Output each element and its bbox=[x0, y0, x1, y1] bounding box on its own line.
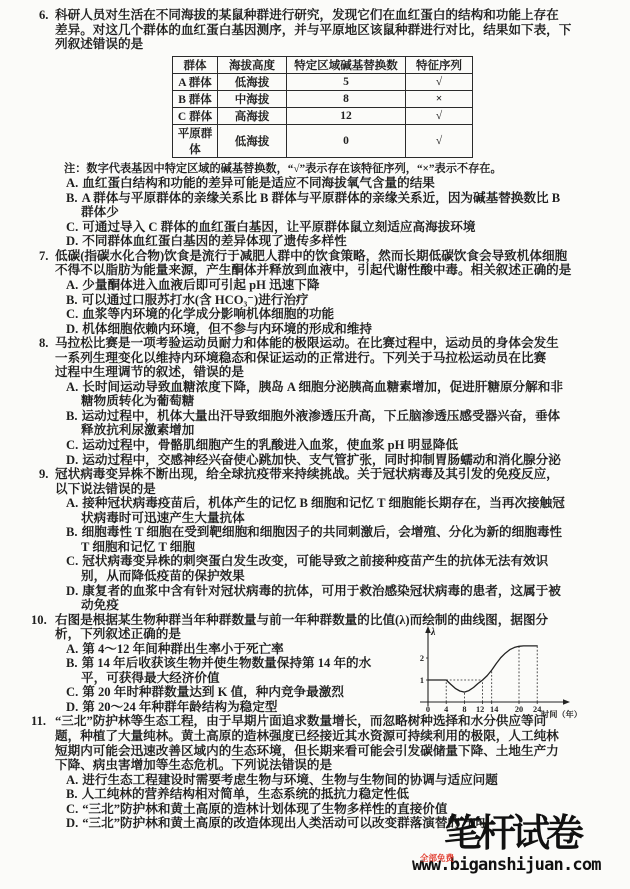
stem-line: 以下说法错误的是 bbox=[0, 482, 630, 497]
option-label: B. bbox=[66, 656, 78, 670]
table-header-row: 群体 海拔高度 特定区域碱基替换数 特征序列 bbox=[173, 56, 473, 73]
cell: 高海拔 bbox=[218, 107, 287, 124]
cell: A 群体 bbox=[173, 73, 218, 90]
hemoglobin-comparison-table: 群体 海拔高度 特定区域碱基替换数 特征序列 A 群体 低海拔 5 √ B 群体… bbox=[172, 56, 473, 158]
option-label: A. bbox=[66, 496, 78, 510]
cell: C 群体 bbox=[173, 107, 218, 124]
option-line: A.血红蛋白结构和功能的差异可能是适应不同海拔氧气含量的结果 bbox=[0, 176, 630, 191]
cross-cell: × bbox=[406, 90, 473, 107]
table-row: A 群体 低海拔 5 √ bbox=[173, 73, 473, 90]
stem-line: 差异。对这几个群体的血红蛋白基因测序，并与平原地区该鼠种群进行对比，结果如下表，… bbox=[0, 23, 630, 38]
checkmark-cell: √ bbox=[406, 124, 473, 157]
stem-line: 不得不以脂肪为能量来源，产生酮体并释放到血液中，引起代谢性酸中毒。相关叙述正确的… bbox=[0, 263, 630, 278]
option-text: 第 14 年后收获该生物并使生物数量保持第 14 年的水 bbox=[82, 656, 372, 670]
option-text: 运动过程中，骨骼肌细胞产生的乳酸进入血浆，使血浆 pH 明显降低 bbox=[82, 438, 458, 452]
option-label: C. bbox=[66, 220, 78, 234]
option-line: C.可通过导入 C 群体的血红蛋白基因，让平原群体鼠立刻适应高海拔环境 bbox=[0, 220, 630, 235]
option-line: B.A 群体与平原群体的亲缘关系比 B 群体与平原群体的亲缘关系近，因为碱基替换… bbox=[0, 191, 630, 206]
option-label: D. bbox=[66, 453, 78, 467]
stem-text: 马拉松比赛是一项考验运动员耐力和体能的极限运动。在比赛过程中，运动员的身体会发生 bbox=[55, 336, 559, 350]
option-line: D.康复者的血浆中含有针对冠状病毒的抗体，可用于救治感染冠状病毒的患者，这属于被 bbox=[0, 584, 630, 599]
option-label: A. bbox=[66, 642, 78, 656]
svg-text:14: 14 bbox=[490, 705, 498, 714]
option-text: 可通过导入 C 群体的血红蛋白基因，让平原群体鼠立刻适应高海拔环境 bbox=[82, 220, 475, 234]
stem-text: 低碳(指碳水化合物)饮食是流行于减肥人群中的饮食策略，然而长期低碳饮食会导致机体… bbox=[55, 249, 567, 263]
option-label: A. bbox=[66, 176, 78, 190]
option-wrap-line: T 细胞和记忆 T 细胞 bbox=[0, 540, 630, 555]
option-label: A. bbox=[66, 278, 78, 292]
option-text: 第 20～24 年种群年龄结构为稳定型 bbox=[82, 700, 277, 714]
stem-line: 11. “三北”防护林等生态工程，由于早期片面追求数量增长，而忽略树种选择和水分… bbox=[0, 714, 630, 729]
cell: 12 bbox=[287, 107, 406, 124]
table-row: C 群体 高海拔 12 √ bbox=[173, 107, 473, 124]
cell: 低海拔 bbox=[218, 124, 287, 157]
free-badge: 全部免费 bbox=[420, 852, 454, 864]
option-text: 机体细胞依赖内环境，但不参与内环境的形成和维持 bbox=[82, 322, 372, 336]
option-line: B.人工纯林的营养结构相对简单，生态系统的抵抗力稳定性低 bbox=[0, 787, 630, 802]
table-row: 平原群体 低海拔 0 √ bbox=[173, 124, 473, 157]
col-header: 海拔高度 bbox=[218, 56, 287, 73]
option-label: B. bbox=[66, 191, 78, 205]
option-label: C. bbox=[66, 438, 78, 452]
option-text: 第 20 年时种群数量达到 K 值，种内竞争最激烈 bbox=[82, 685, 344, 699]
biganshijuan-watermark: 全部免费 笔杆试卷 www.biganshijuan.com bbox=[412, 812, 622, 875]
option-wrap-line: 状病毒时可迅速产生大量抗体 bbox=[0, 511, 630, 526]
option-label: D. bbox=[66, 322, 78, 336]
option-wrap-line: 别，从而降低疫苗的保护效果 bbox=[0, 569, 630, 584]
svg-text:0: 0 bbox=[426, 705, 430, 714]
option-text: “三北”防护林和黄土高原的造林计划体现了生物多样性的直接价值 bbox=[82, 802, 447, 816]
option-text: 运动过程中，交感神经兴奋使心跳加快、支气管扩张，同时抑制胃肠蠕动和消化腺分泌 bbox=[82, 453, 561, 467]
cell: 0 bbox=[287, 124, 406, 157]
table-note: 注：数字代表基因中特定区域的碱基替换数，“√”表示存在该特征序列，“×”表示不存… bbox=[0, 162, 630, 177]
col-header: 特定区域碱基替换数 bbox=[287, 56, 406, 73]
option-text: 康复者的血浆中含有针对冠状病毒的抗体，可用于救治感染冠状病毒的患者，这属于被 bbox=[82, 584, 561, 598]
stem-line: 一系列生理变化以维持内环境稳态和保证运动的正常进行。下列关于马拉松运动员在比赛 bbox=[0, 351, 630, 366]
option-wrap-line: 糖物质转化为葡萄糖 bbox=[0, 394, 630, 409]
option-text: 第 4～12 年间种群出生率小于死亡率 bbox=[82, 642, 284, 656]
stem-line: 6. 科研人员对生活在不同海拔的某鼠种群进行研究，发现它们在血红蛋白的结构和功能… bbox=[0, 8, 630, 23]
svg-text:λ: λ bbox=[430, 627, 436, 638]
exam-page: 6. 科研人员对生活在不同海拔的某鼠种群进行研究，发现它们在血红蛋白的结构和功能… bbox=[0, 8, 630, 831]
option-label: A. bbox=[66, 773, 78, 787]
option-wrap-line: 动免疫 bbox=[0, 598, 630, 613]
option-line: C.冠状病毒变异株的刺突蛋白发生改变，可能导致之前接种疫苗产生的抗体无法有效识 bbox=[0, 554, 630, 569]
option-label: C. bbox=[66, 307, 78, 321]
option-text: A 群体与平原群体的亲缘关系比 B 群体与平原群体的亲缘关系近，因为碱基替换数比… bbox=[82, 191, 561, 205]
option-line: A.接种冠状病毒疫苗后，机体产生的记忆 B 细胞和记忆 T 细胞能长期存在，当再… bbox=[0, 496, 630, 511]
cell: 平原群体 bbox=[173, 124, 218, 157]
col-header: 特征序列 bbox=[406, 56, 473, 73]
question-number: 11. bbox=[31, 714, 46, 729]
option-text: 细胞毒性 T 细胞在受到靶细胞和细胞因子的共同刺激后，会增殖、分化为新的细胞毒性 bbox=[82, 525, 562, 539]
option-text: 不同群体血红蛋白基因的差异体现了遗传多样性 bbox=[82, 234, 346, 248]
option-label: D. bbox=[66, 816, 78, 830]
question-9: 9. 冠状病毒变异株不断出现，给全球抗疫带来持续挑战。关于冠状病毒及其引发的免疫… bbox=[0, 467, 630, 612]
lambda-population-curve-chart: λ时间（年）0481214202412 bbox=[415, 624, 590, 721]
option-text: 进行生态工程建设时需要考虑生物与环境、生物与生物间的协调与适应问题 bbox=[82, 773, 498, 787]
option-label: B. bbox=[66, 293, 78, 307]
stem-line: 列叙述错误的是 bbox=[0, 37, 630, 52]
stem-line: 题，种植了大量纯林。黄土高原的造林强度已经接近其水资源可持续利用的极限，人工纯林 bbox=[0, 729, 630, 744]
svg-text:4: 4 bbox=[444, 705, 448, 714]
option-text: 人工纯林的营养结构相对简单，生态系统的抵抗力稳定性低 bbox=[82, 787, 409, 801]
svg-text:2: 2 bbox=[420, 654, 424, 663]
option-text: 冠状病毒变异株的刺突蛋白发生改变，可能导致之前接种疫苗产生的抗体无法有效识 bbox=[82, 554, 548, 568]
option-line: C.运动过程中，骨骼肌细胞产生的乳酸进入血浆，使血浆 pH 明显降低 bbox=[0, 438, 630, 453]
option-text: 运动过程中，机体大量出汗导致细胞外液渗透压升高，下丘脑渗透压感受器兴奋，垂体 bbox=[82, 409, 561, 423]
stem-line: 7. 低碳(指碳水化合物)饮食是流行于减肥人群中的饮食策略，然而长期低碳饮食会导… bbox=[0, 249, 630, 264]
stem-line: 8. 马拉松比赛是一项考验运动员耐力和体能的极限运动。在比赛过程中，运动员的身体… bbox=[0, 336, 630, 351]
option-text: 血红蛋白结构和功能的差异可能是适应不同海拔氧气含量的结果 bbox=[82, 176, 435, 190]
stem-line: 下降、病虫害增加等生态危机。下列说法错误的是 bbox=[0, 758, 630, 773]
stem-line: 9. 冠状病毒变异株不断出现，给全球抗疫带来持续挑战。关于冠状病毒及其引发的免疫… bbox=[0, 467, 630, 482]
option-label: C. bbox=[66, 802, 78, 816]
question-10: 10. 右图是根据某生物种群当年种群数量与前一年种群数量的比值(λ)而绘制的曲线… bbox=[0, 613, 630, 715]
question-number: 7. bbox=[39, 249, 48, 264]
svg-text:12: 12 bbox=[476, 705, 484, 714]
option-label: C. bbox=[66, 554, 78, 568]
option-text: 长时间运动导致血糖浓度下降，胰岛 A 细胞分泌胰高血糖素增加，促进肝糖原分解和非 bbox=[82, 380, 563, 394]
question-8: 8. 马拉松比赛是一项考验运动员耐力和体能的极限运动。在比赛过程中，运动员的身体… bbox=[0, 336, 630, 467]
stem-text: “三北”防护林等生态工程，由于早期片面追求数量增长，而忽略树种选择和水分供应等问 bbox=[55, 714, 546, 728]
option-wrap-line: 释放抗利尿激素增加 bbox=[0, 423, 630, 438]
option-line: C.血浆等内环境的化学成分影响机体细胞的功能 bbox=[0, 307, 630, 322]
svg-text:24: 24 bbox=[533, 705, 541, 714]
option-line: A.长时间运动导致血糖浓度下降，胰岛 A 细胞分泌胰高血糖素增加，促进肝糖原分解… bbox=[0, 380, 630, 395]
question-number: 10. bbox=[31, 613, 47, 628]
option-label: C. bbox=[66, 685, 78, 699]
svg-text:1: 1 bbox=[420, 676, 424, 685]
option-line: A.进行生态工程建设时需要考虑生物与环境、生物与生物间的协调与适应问题 bbox=[0, 773, 630, 788]
option-text: 可以通过口服苏打水(含 HCO₃⁻)进行治疗 bbox=[82, 293, 309, 307]
cell: 低海拔 bbox=[218, 73, 287, 90]
option-text: 少量酮体进入血液后即可引起 pH 迅速下降 bbox=[82, 278, 319, 292]
option-line: A.少量酮体进入血液后即可引起 pH 迅速下降 bbox=[0, 278, 630, 293]
checkmark-cell: √ bbox=[406, 73, 473, 90]
cell: 中海拔 bbox=[218, 90, 287, 107]
stem-line: 短期内可能会迅速改善区域内的生态环境，但长期来看可能会引发碳储量下降、土地生产力 bbox=[0, 744, 630, 759]
option-wrap-line: 群体少 bbox=[0, 205, 630, 220]
option-label: D. bbox=[66, 700, 78, 714]
option-label: B. bbox=[66, 787, 78, 801]
checkmark-cell: √ bbox=[406, 107, 473, 124]
svg-text:20: 20 bbox=[515, 705, 523, 714]
option-line: D.运动过程中，交感神经兴奋使心跳加快、支气管扩张，同时抑制胃肠蠕动和消化腺分泌 bbox=[0, 453, 630, 468]
question-7: 7. 低碳(指碳水化合物)饮食是流行于减肥人群中的饮食策略，然而长期低碳饮食会导… bbox=[0, 249, 630, 336]
option-line: D.机体细胞依赖内环境，但不参与内环境的形成和维持 bbox=[0, 322, 630, 337]
question-6: 6. 科研人员对生活在不同海拔的某鼠种群进行研究，发现它们在血红蛋白的结构和功能… bbox=[0, 8, 630, 249]
option-line: B.可以通过口服苏打水(含 HCO₃⁻)进行治疗 bbox=[0, 293, 630, 308]
option-label: A. bbox=[66, 380, 78, 394]
option-label: D. bbox=[66, 234, 78, 248]
cell: 5 bbox=[287, 73, 406, 90]
question-number: 6. bbox=[39, 8, 48, 23]
stem-text: 冠状病毒变异株不断出现，给全球抗疫带来持续挑战。关于冠状病毒及其引发的免疫反应， bbox=[55, 467, 559, 481]
option-text: 接种冠状病毒疫苗后，机体产生的记忆 B 细胞和记忆 T 细胞能长期存在，当再次接… bbox=[82, 496, 565, 510]
option-label: D. bbox=[66, 584, 78, 598]
option-text: 血浆等内环境的化学成分影响机体细胞的功能 bbox=[82, 307, 334, 321]
table-row: B 群体 中海拔 8 × bbox=[173, 90, 473, 107]
brand-name: 笔杆试卷 bbox=[444, 812, 622, 856]
question-number: 9. bbox=[39, 467, 48, 482]
option-line: B.细胞毒性 T 细胞在受到靶细胞和细胞因子的共同刺激后，会增殖、分化为新的细胞… bbox=[0, 525, 630, 540]
stem-text: 科研人员对生活在不同海拔的某鼠种群进行研究，发现它们在血红蛋白的结构和功能上存在 bbox=[55, 8, 559, 22]
option-label: B. bbox=[66, 409, 78, 423]
col-header: 群体 bbox=[173, 56, 218, 73]
option-line: D.不同群体血红蛋白基因的差异体现了遗传多样性 bbox=[0, 234, 630, 249]
cell: 8 bbox=[287, 90, 406, 107]
svg-text:8: 8 bbox=[462, 705, 466, 714]
option-line: B.运动过程中，机体大量出汗导致细胞外液渗透压升高，下丘脑渗透压感受器兴奋，垂体 bbox=[0, 409, 630, 424]
question-number: 8. bbox=[39, 336, 48, 351]
stem-line: 过程中生理调节的叙述，错误的是 bbox=[0, 365, 630, 380]
cell: B 群体 bbox=[173, 90, 218, 107]
option-label: B. bbox=[66, 525, 78, 539]
